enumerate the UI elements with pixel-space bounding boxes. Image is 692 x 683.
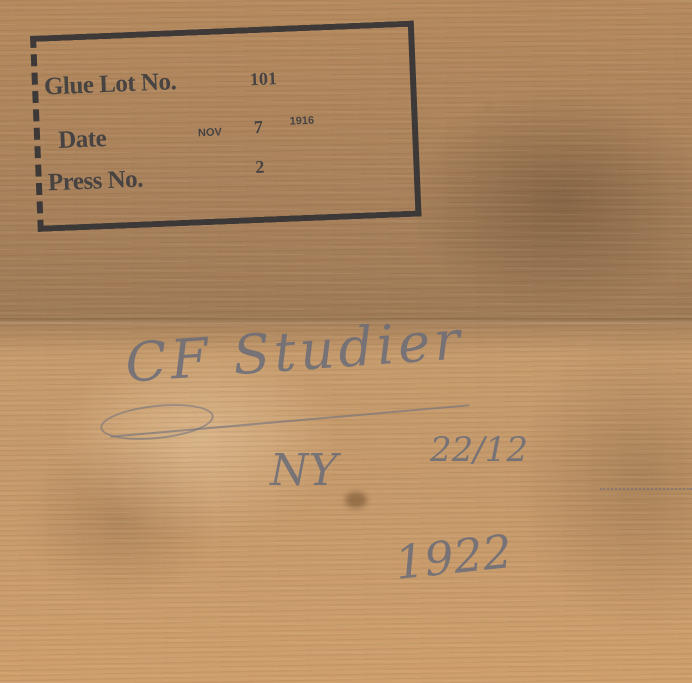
wood-photo: Glue Lot No. 101 Date NOV 7 1916 Press N… [0, 0, 692, 683]
pencil-dash [600, 488, 692, 490]
place-text: NY [270, 445, 338, 496]
wood-speck [487, 105, 490, 108]
wood-stain [345, 492, 367, 508]
glue-lot-stamp: Glue Lot No. 101 Date NOV 7 1916 Press N… [30, 21, 422, 232]
stamp-press-label: Press No. [47, 166, 143, 198]
stamp-glue-lot-label: Glue Lot No. [44, 68, 177, 101]
stamp-press-value: 2 [255, 157, 265, 178]
stamp-date-label: Date [58, 125, 107, 155]
stamp-date-month: NOV [198, 126, 222, 139]
stamp-glue-lot-value: 101 [250, 68, 278, 90]
stamp-date-year: 1916 [289, 115, 314, 128]
date-fraction-text: 22/12 [430, 430, 528, 470]
stamp-date-day: 7 [253, 117, 263, 138]
